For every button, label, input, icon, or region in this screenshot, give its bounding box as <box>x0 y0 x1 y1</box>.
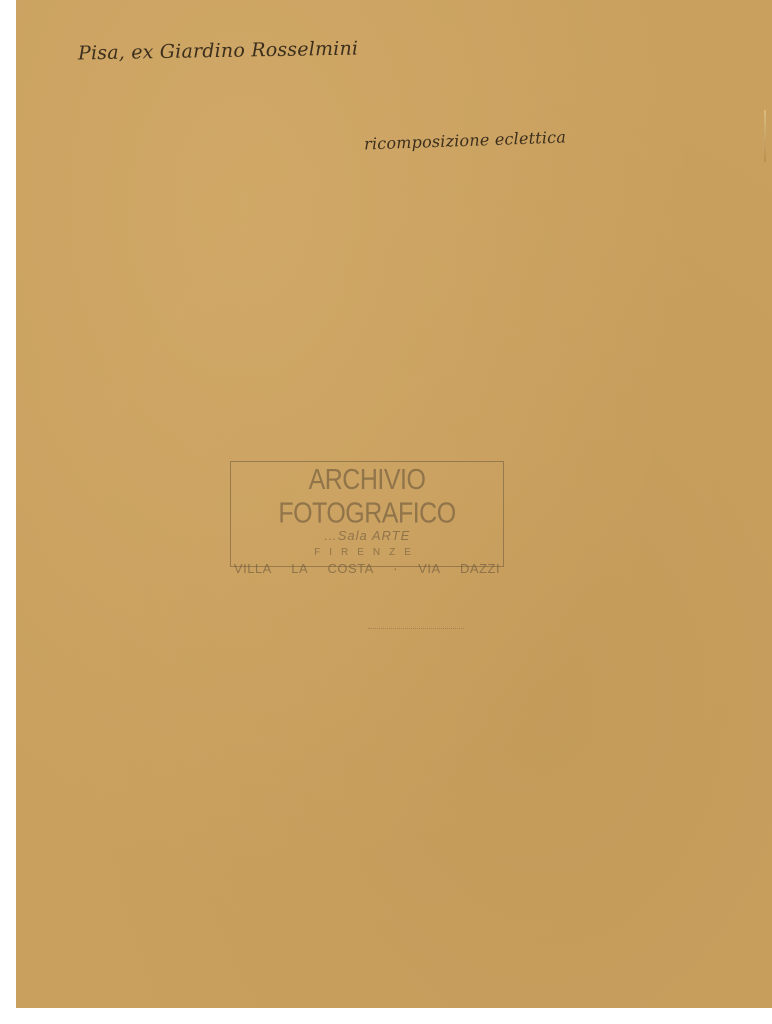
archive-sheet: Pisa, ex Giardino Rosselmini ricomposizi… <box>16 0 772 1008</box>
handwritten-description-note: ricomposizione eclettica <box>364 127 567 153</box>
stamp-city: FIRENZE <box>231 547 503 558</box>
archive-stamp: ARCHIVIO FOTOGRAFICO …Sala ARTE FIRENZE … <box>230 461 504 567</box>
faint-pencil-mark <box>368 628 464 629</box>
stamp-title: ARCHIVIO FOTOGRAFICO <box>231 464 503 531</box>
handwritten-location-note: Pisa, ex Giardino Rosselmini <box>78 38 359 65</box>
paper-crease <box>764 110 766 162</box>
stamp-address: VILLA LA COSTA · VIA DAZZI <box>231 561 503 576</box>
